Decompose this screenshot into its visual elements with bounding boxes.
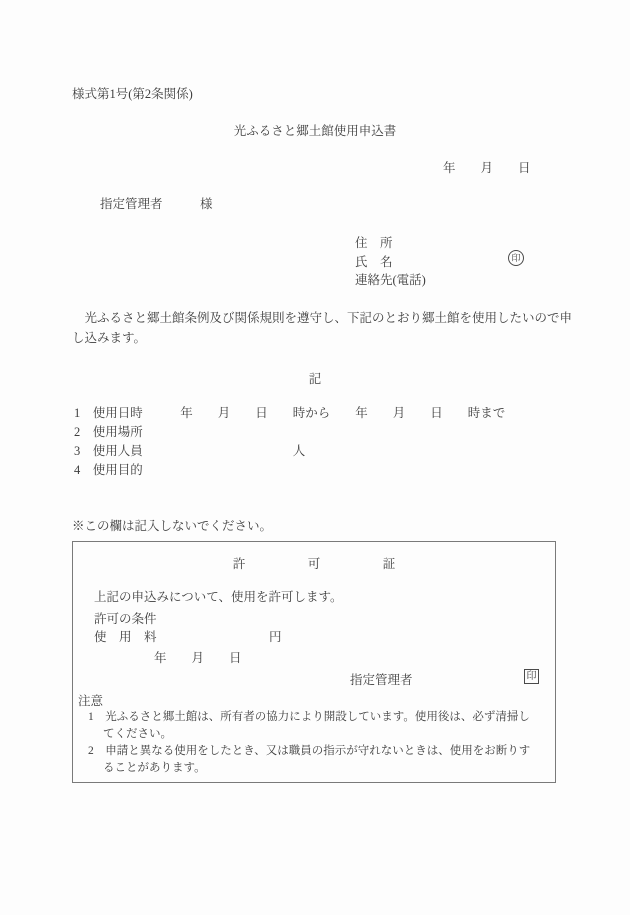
manager-seal-icon: 印 [524,669,539,684]
page-title: 光ふるさと郷土館使用申込書 [0,123,630,139]
list-heading: 記 [0,371,630,387]
manager-seal-char: 印 [527,672,537,682]
body-text-line-2: し込みます。 [72,330,146,346]
permit-approval-text: 上記の申込みについて、使用を許可します。 [94,589,343,605]
notice-label: 注意 [78,693,103,709]
contact-label: 連絡先(電話) [355,272,426,288]
permit-conditions-label: 許可の条件 [94,611,157,627]
application-form-page: 様式第1号(第2条関係) 光ふるさと郷土館使用申込書 年 月 日 指定管理者 様… [0,0,630,915]
notice-item-2-line-1: 2 申請と異なる使用をしたとき、又は職員の指示が守れないときは、使用をお断りす [88,744,530,759]
address-label: 住 所 [355,235,393,251]
list-item-usage-people: 3 使用人員 人 [74,443,305,459]
application-date-line: 年 月 日 [443,160,531,176]
notice-item-1-line-2: てください。 [103,727,172,742]
permit-certificate-box: 許 可 証 上記の申込みについて、使用を許可します。 許可の条件 使 用 料 円… [72,541,556,783]
list-item-usage-datetime: 1 使用日時 年 月 日 時から 年 月 日 時まで [74,405,505,421]
body-text-line-1: 光ふるさと郷土館条例及び関係規則を遵守し、下記のとおり郷土館を使用したいので申 [72,310,572,326]
notice-item-1-line-1: 1 光ふるさと郷土館は、所有者の協力により開設しています。使用後は、必ず清掃し [88,710,530,725]
applicant-seal-char: 印 [511,254,520,263]
addressee-line: 指定管理者 様 [100,196,213,212]
permit-fee-line: 使 用 料 円 [94,629,282,645]
permit-box-title: 許 可 証 [73,556,555,572]
name-label: 氏 名 [355,254,393,270]
list-item-usage-purpose: 4 使用目的 [74,462,143,478]
manager-label: 指定管理者 [350,672,413,688]
list-item-usage-place: 2 使用場所 [74,424,143,440]
do-not-fill-note: ※この欄は記入しないでください。 [72,518,272,534]
form-number: 様式第1号(第2条関係) [72,86,193,102]
permit-date-line: 年 月 日 [154,650,242,666]
notice-item-2-line-2: ることがあります。 [103,761,206,776]
applicant-seal-icon: 印 [508,250,524,266]
